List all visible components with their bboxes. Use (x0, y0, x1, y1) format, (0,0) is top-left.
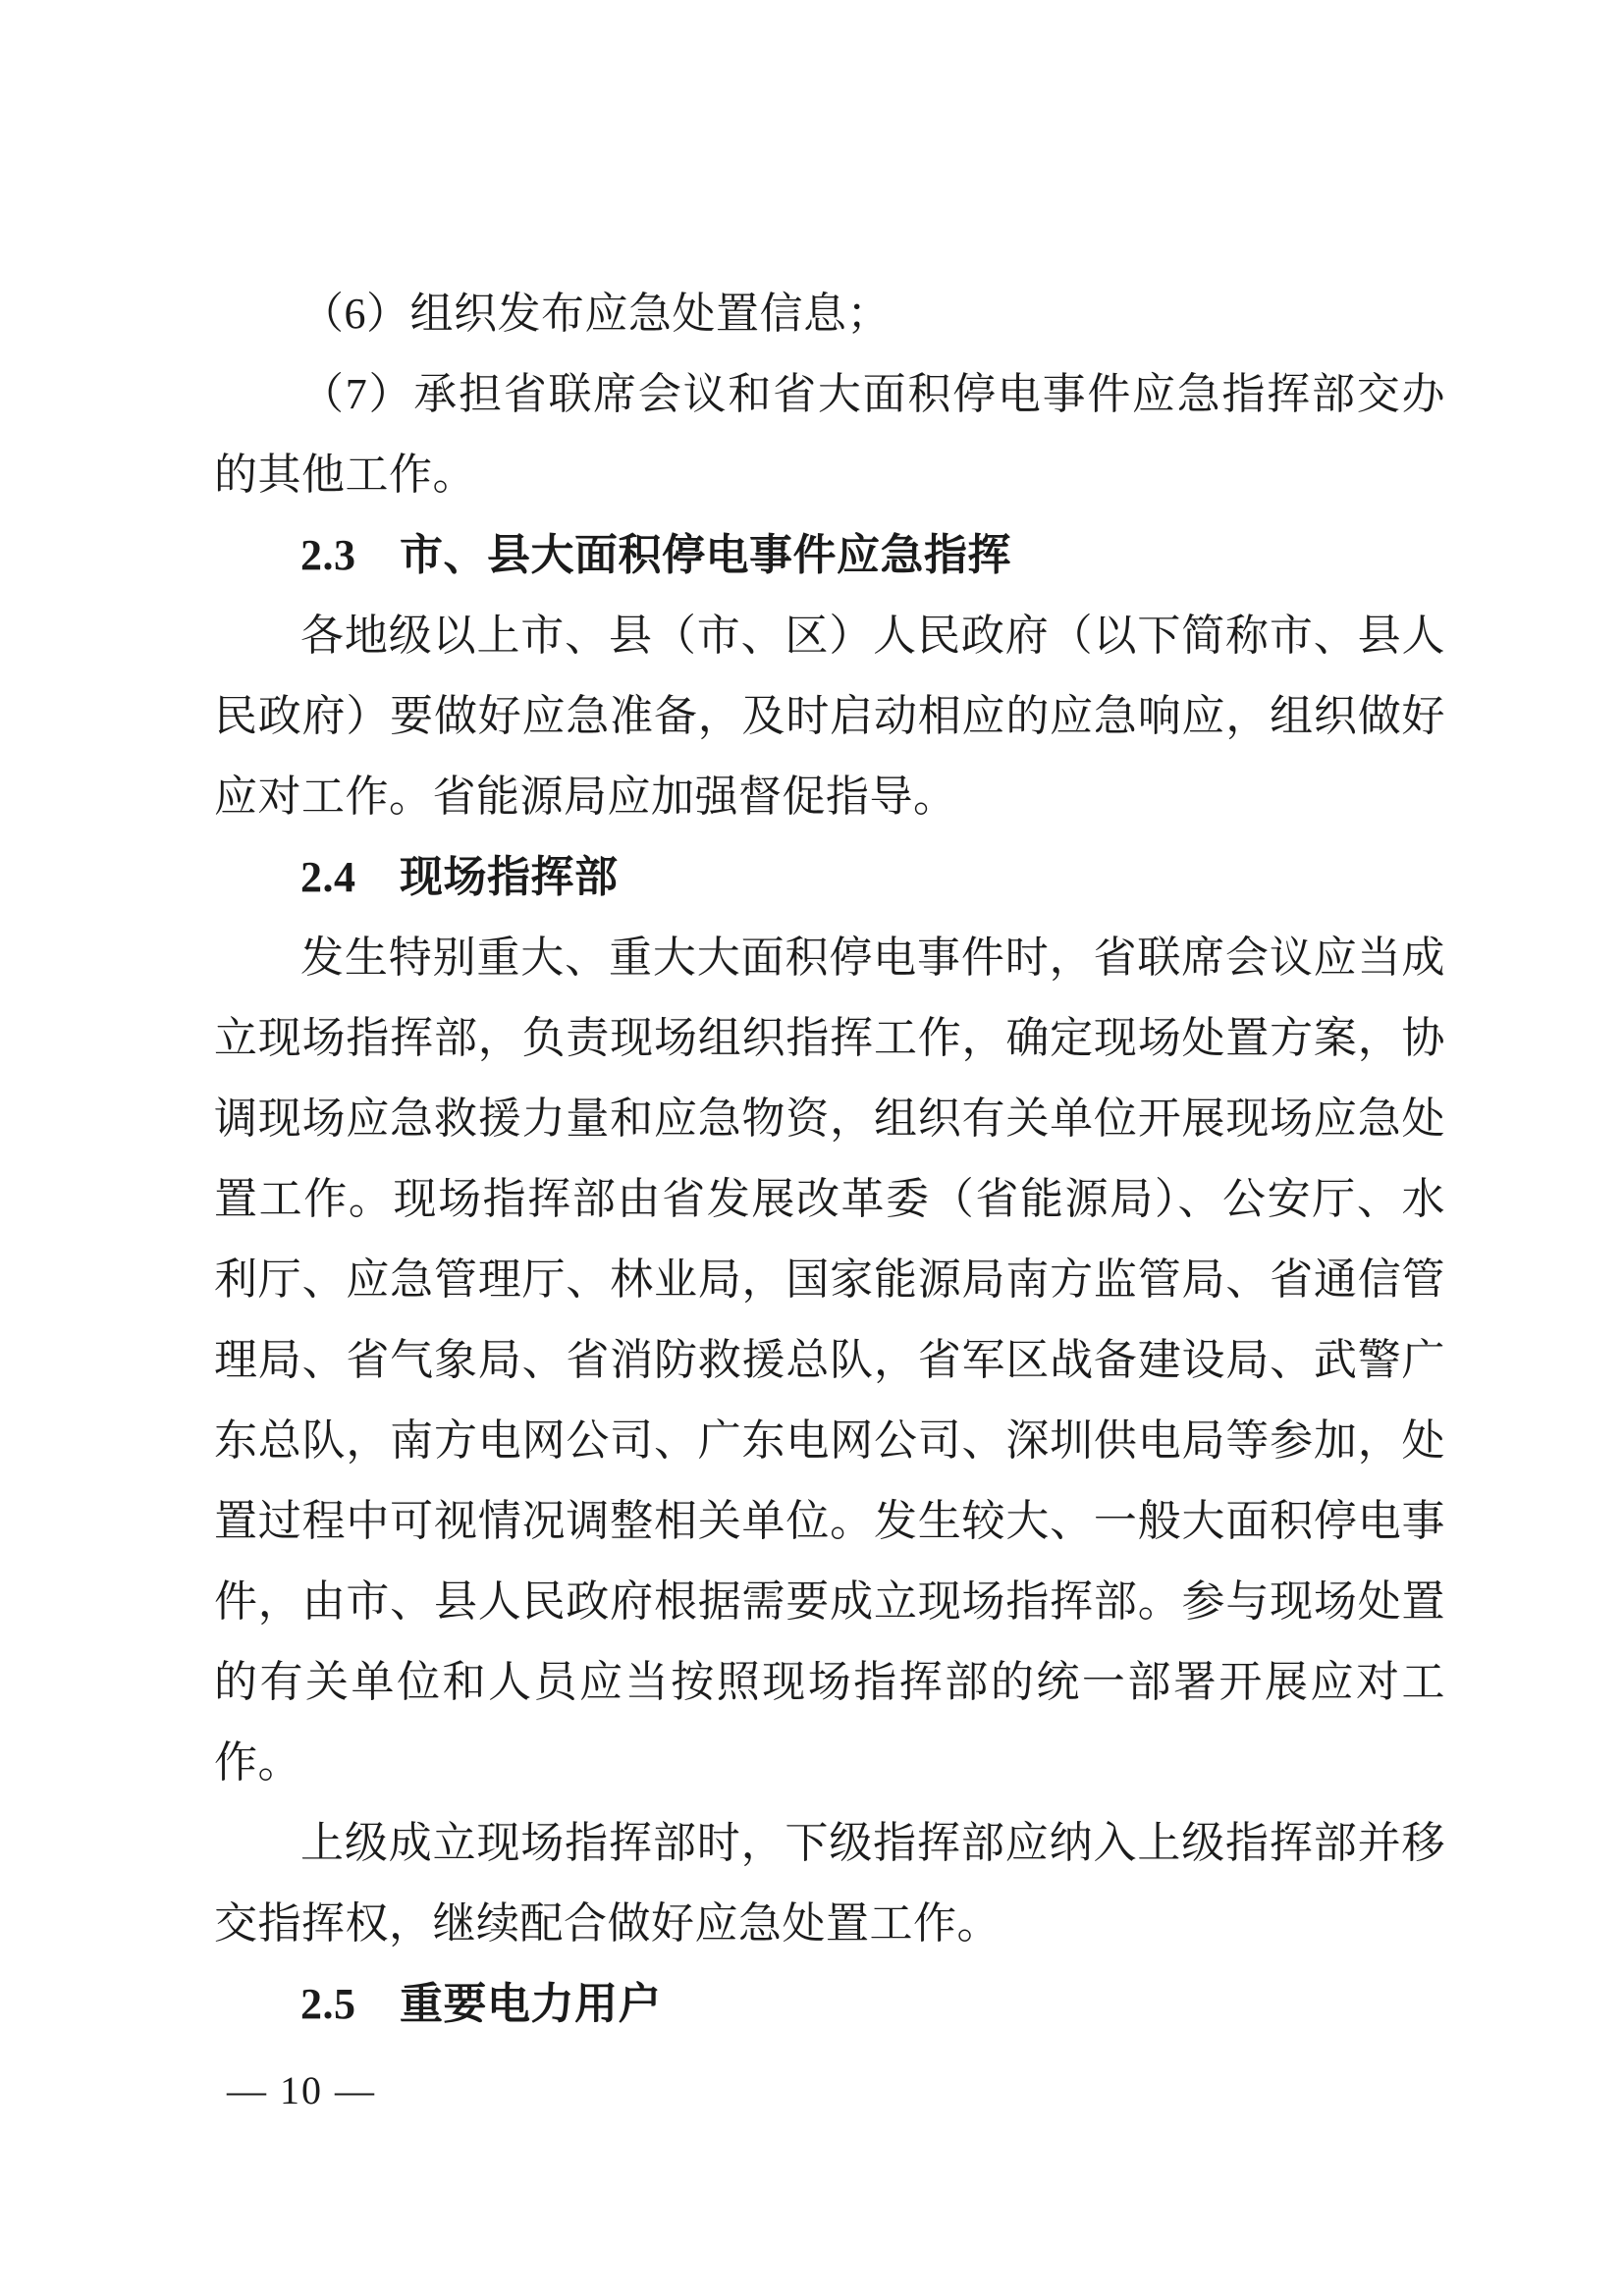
section-2-4-paragraph-1: 发生特别重大、重大大面积停电事件时，省联席会议应当成立现场指挥部，负责现场组织指… (214, 918, 1445, 1803)
clause-item-6: （6）组织发布应急处置信息； (214, 274, 1445, 354)
section-heading-2-4: 2.4 现场指挥部 (214, 837, 1445, 918)
clause-item-7: （7）承担省联席会议和省大面积停电事件应急指挥部交办的其他工作。 (214, 354, 1445, 515)
section-heading-2-5: 2.5 重要电力用户 (214, 1964, 1445, 2045)
document-body: （6）组织发布应急处置信息； （7）承担省联席会议和省大面积停电事件应急指挥部交… (214, 274, 1445, 2045)
page-number: — 10 — (227, 2067, 376, 2114)
section-2-3-paragraph: 各地级以上市、县（市、区）人民政府（以下简称市、县人民政府）要做好应急准备，及时… (214, 596, 1445, 837)
section-heading-2-3: 2.3 市、县大面积停电事件应急指挥 (214, 515, 1445, 596)
document-page: （6）组织发布应急处置信息； （7）承担省联席会议和省大面积停电事件应急指挥部交… (0, 0, 1624, 2296)
section-2-4-paragraph-2: 上级成立现场指挥部时，下级指挥部应纳入上级指挥部并移交指挥权，继续配合做好应急处… (214, 1803, 1445, 1964)
